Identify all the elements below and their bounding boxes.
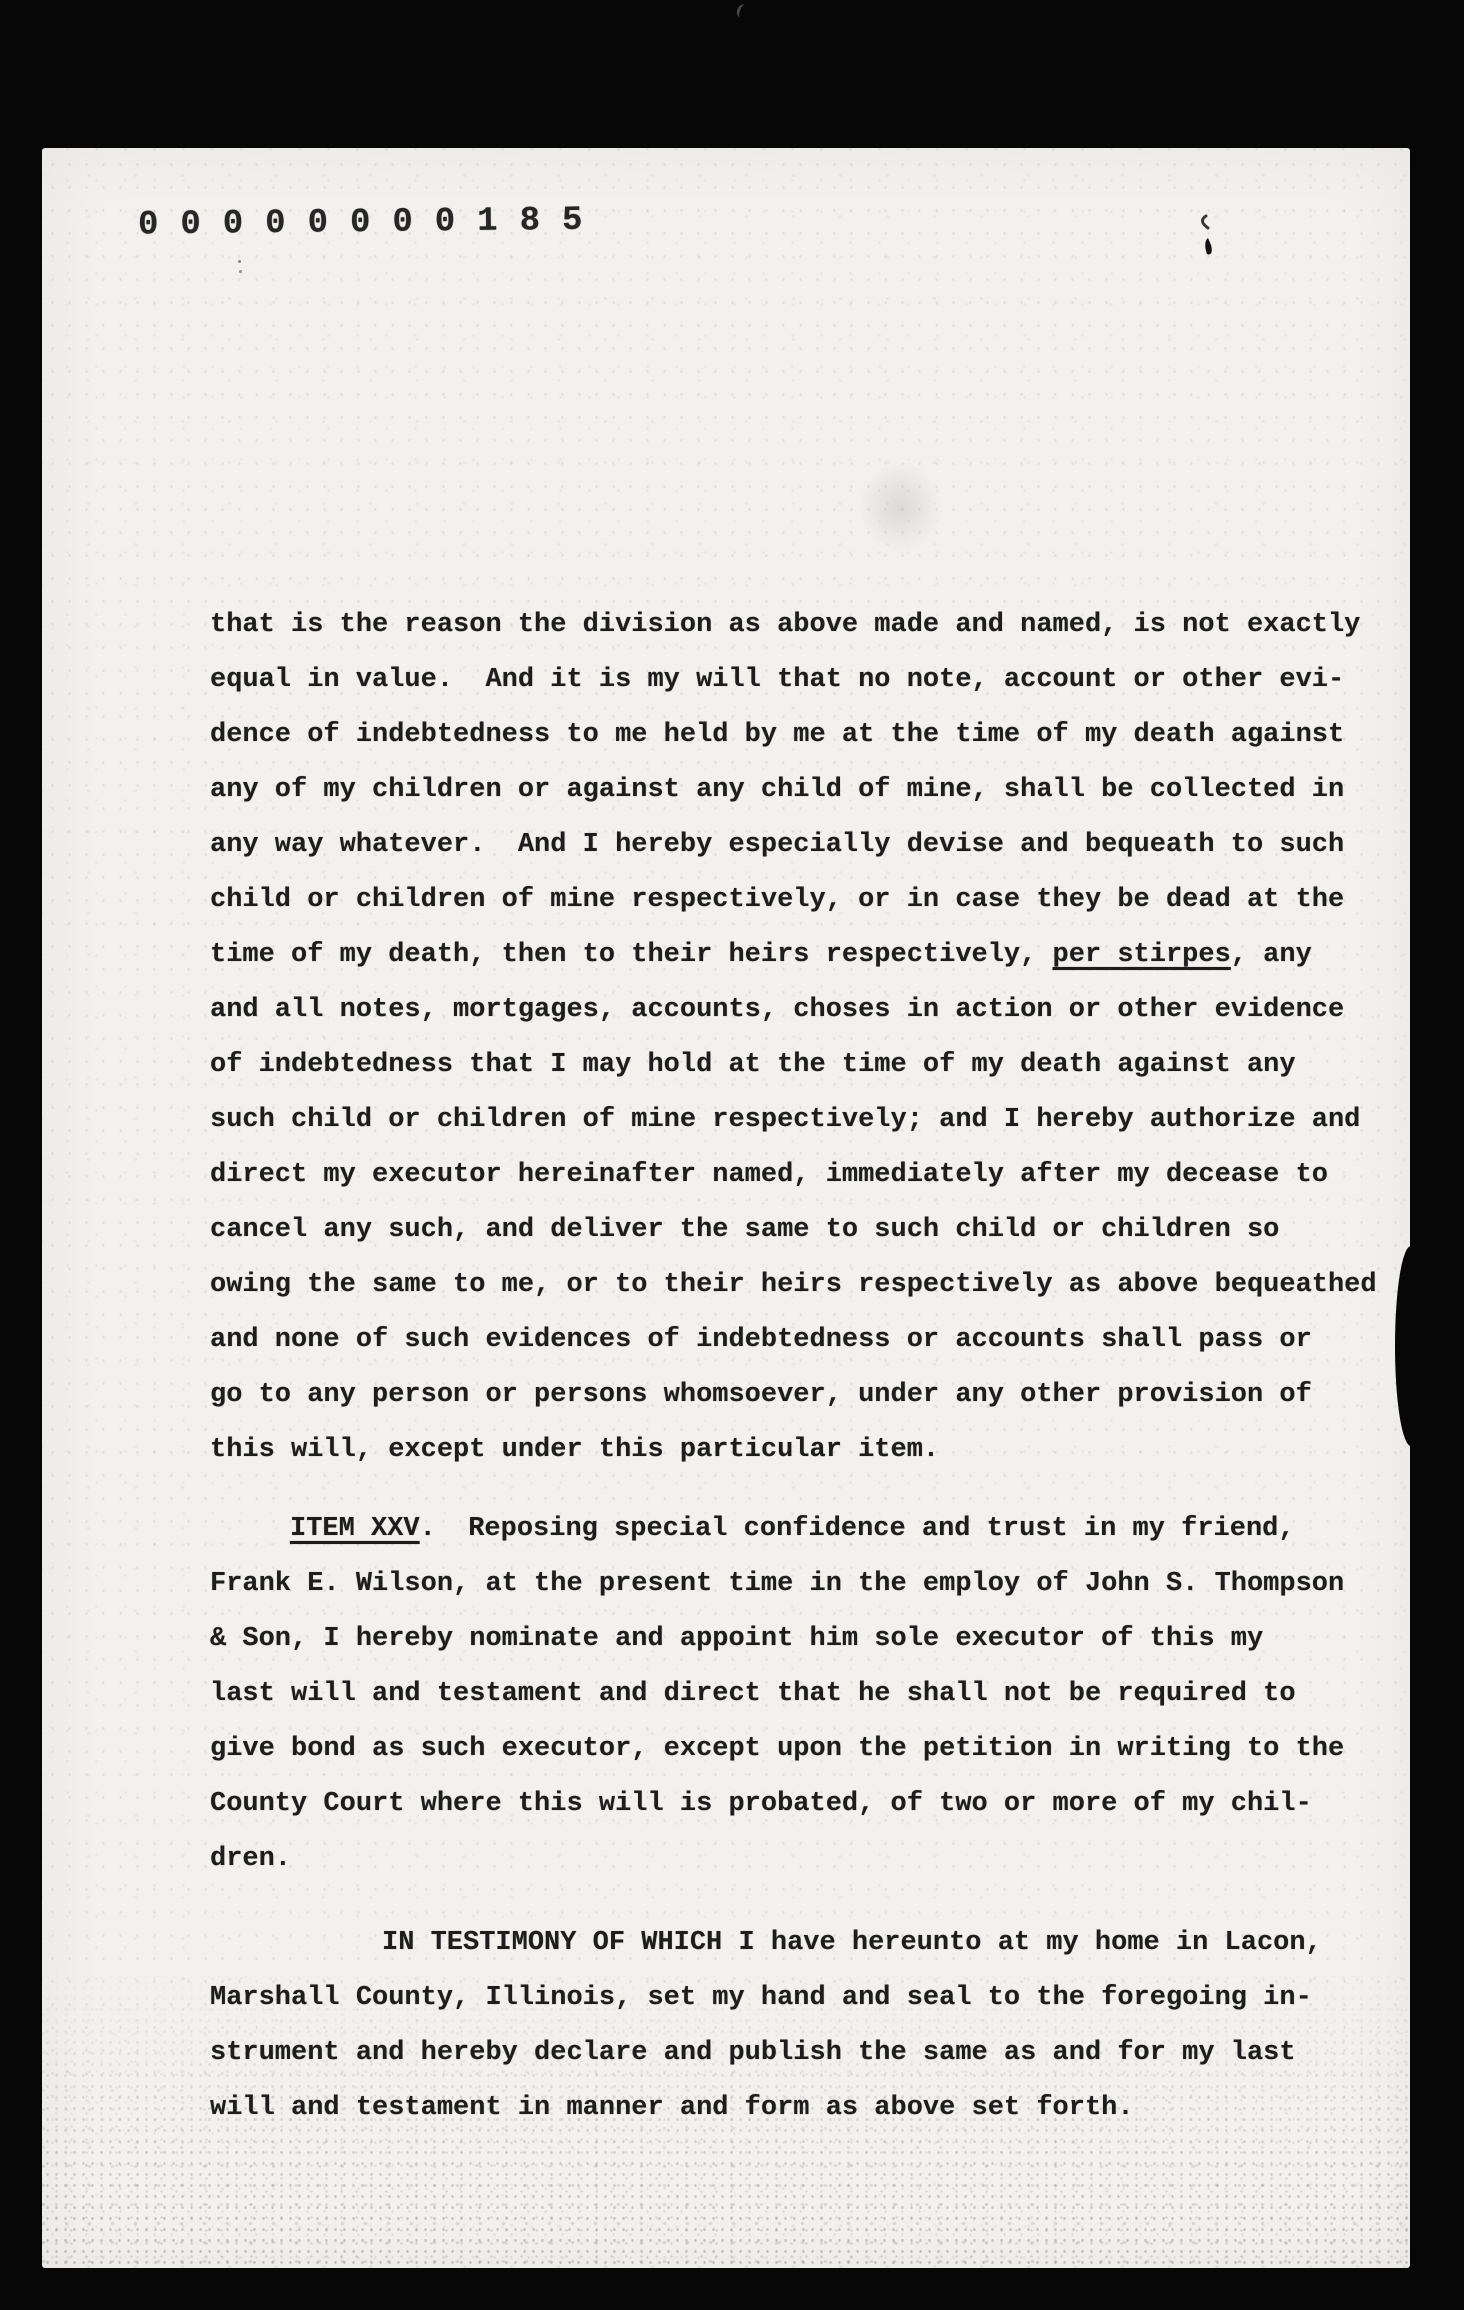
text-segment: give bond as such executor, except upon … <box>210 1734 1344 1764</box>
text-line: go to any person or persons whomsoever, … <box>210 1368 1402 1423</box>
text-line: equal in value. And it is my will that n… <box>210 653 1402 708</box>
text-segment: last will and testament and direct that … <box>210 1679 1296 1709</box>
paper-sheet: 00000000185 that is the reason the divis… <box>42 148 1410 2268</box>
text-segment: of indebtedness that I may hold at the t… <box>210 1050 1296 1080</box>
text-segment: cancel any such, and deliver the same to… <box>210 1215 1279 1245</box>
text-segment: go to any person or persons whomsoever, … <box>210 1380 1312 1410</box>
scan-edge-shadow <box>1395 1246 1427 1446</box>
text-segment: and all notes, mortgages, accounts, chos… <box>210 995 1344 1025</box>
text-segment: County Court where this will is probated… <box>210 1789 1312 1819</box>
text-segment: child or children of mine respectively, … <box>210 885 1344 915</box>
text-line: owing the same to me, or to their heirs … <box>210 1258 1402 1313</box>
text-segment: any of my children or against any child … <box>210 775 1344 805</box>
text-line: this will, except under this particular … <box>210 1423 1402 1478</box>
text-segment: equal in value. And it is my will that n… <box>210 665 1344 695</box>
text-line: any of my children or against any child … <box>210 763 1402 818</box>
text-line: & Son, I hereby nominate and appoint him… <box>210 1612 1402 1667</box>
text-segment: owing the same to me, or to their heirs … <box>210 1270 1377 1300</box>
stray-ink-dots <box>238 260 241 263</box>
text-segment: this will, except under this particular … <box>210 1435 939 1465</box>
text-line: and all notes, mortgages, accounts, chos… <box>210 983 1402 1038</box>
paragraph: ITEM XXV. Reposing special confidence an… <box>210 1502 1402 1887</box>
text-line: last will and testament and direct that … <box>210 1667 1402 1722</box>
underlined-text-segment: ITEM XXV <box>290 1514 420 1544</box>
text-segment: dren. <box>210 1844 291 1874</box>
text-line: of indebtedness that I may hold at the t… <box>210 1038 1402 1093</box>
text-line: that is the reason the division as above… <box>210 598 1402 653</box>
text-segment: & Son, I hereby nominate and appoint him… <box>210 1624 1263 1654</box>
text-segment: , any <box>1231 940 1312 970</box>
text-line: time of my death, then to their heirs re… <box>210 928 1402 983</box>
document-body: that is the reason the division as above… <box>210 598 1402 2136</box>
text-line: cancel any such, and deliver the same to… <box>210 1203 1402 1258</box>
underlined-text-segment: per stirpes <box>1053 940 1231 970</box>
paragraph: that is the reason the division as above… <box>210 598 1402 1478</box>
text-line: ITEM XXV. Reposing special confidence an… <box>210 1502 1402 1557</box>
page-number-stamp: 00000000185 <box>138 202 605 245</box>
text-segment: and none of such evidences of indebtedne… <box>210 1325 1312 1355</box>
text-segment: such child or children of mine respectiv… <box>210 1105 1360 1135</box>
ink-mark-icon <box>1192 212 1222 270</box>
text-line: any way whatever. And I hereby especiall… <box>210 818 1402 873</box>
text-line: child or children of mine respectively, … <box>210 873 1402 928</box>
text-segment: . Reposing special confidence and trust … <box>420 1514 1295 1544</box>
scanned-document-page: 00000000185 that is the reason the divis… <box>0 0 1464 2310</box>
paper-smudge <box>842 444 958 570</box>
handwritten-ink-mark <box>1192 212 1222 275</box>
text-segment: direct my executor hereinafter named, im… <box>210 1160 1328 1190</box>
text-line: direct my executor hereinafter named, im… <box>210 1148 1402 1203</box>
text-segment: IN TESTIMONY OF WHICH I have hereunto at… <box>382 1928 1322 1958</box>
text-segment: any way whatever. And I hereby especiall… <box>210 830 1344 860</box>
text-segment: time of my death, then to their heirs re… <box>210 940 1053 970</box>
text-line: County Court where this will is probated… <box>210 1777 1402 1832</box>
text-line: such child or children of mine respectiv… <box>210 1093 1402 1148</box>
stray-speck <box>735 2 751 19</box>
text-segment: that is the reason the division as above… <box>210 610 1360 640</box>
text-segment: Frank E. Wilson, at the present time in … <box>210 1569 1344 1599</box>
text-line: dence of indebtedness to me held by me a… <box>210 708 1402 763</box>
text-line: give bond as such executor, except upon … <box>210 1722 1402 1777</box>
text-line: dren. <box>210 1832 1402 1887</box>
text-line: and none of such evidences of indebtedne… <box>210 1313 1402 1368</box>
text-line: Frank E. Wilson, at the present time in … <box>210 1557 1402 1612</box>
scan-grime <box>42 1958 1410 2268</box>
text-segment: dence of indebtedness to me held by me a… <box>210 720 1344 750</box>
